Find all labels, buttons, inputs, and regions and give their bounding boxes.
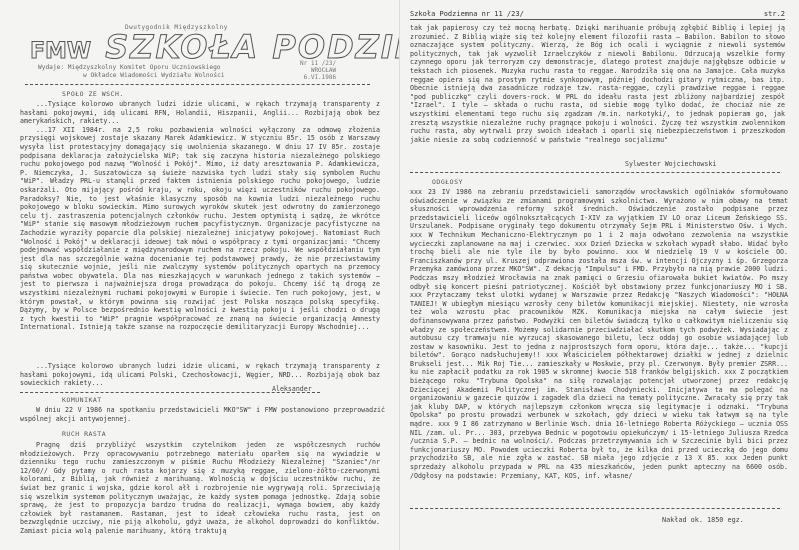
section-title-announcement: KOMUNIKAT: [62, 396, 102, 404]
section-title-peace: SPOŁO ZE WSCH.: [62, 90, 124, 98]
divider: [25, 84, 370, 85]
newsletter-page-2: Szkoła Podziemna nr 11 /23/ str.2 tak ja…: [400, 0, 799, 550]
page-number: str.2: [764, 10, 785, 18]
section-title-rasta: RUCH RASTA: [62, 430, 106, 438]
publisher-info: Wydaje: Międzyszkolny Komitet Oporu Uczn…: [38, 64, 308, 80]
paragraph: xxx 23 IV 1986 na zebraniu przedstawicie…: [410, 188, 788, 480]
masthead-name: SZKOŁA PODZIEMNA: [105, 28, 400, 66]
article-rasta: Pragnę dziś przybliżyć wszystkim czyteln…: [20, 441, 380, 543]
divider: [410, 508, 780, 509]
running-header: Szkoła Podziemna nr 11 /23/ str.2: [410, 10, 785, 20]
divider: [20, 392, 320, 393]
running-header-title: Szkoła Podziemna nr 11 /23/: [410, 10, 524, 18]
paragraph: W dniu 22 V 1986 na spotkaniu przedstawi…: [20, 406, 385, 423]
circulation-note: Nakład ok. 1850 egz.: [662, 516, 744, 524]
paragraph: Pragnę dziś przybliżyć wszystkim czyteln…: [20, 441, 380, 536]
paragraph: ...Tysiące kolorowo ubranych ludzi idzie…: [20, 362, 380, 388]
masthead-prefix: FMW: [30, 39, 91, 64]
article-peace-movement: ...Tysiące kolorowo ubranych ludzi idzie…: [20, 100, 380, 362]
publisher-line-2: w Okładce Wiadomości Wydziału Wolności: [38, 72, 308, 80]
newsletter-page-1: Dwutygodnik Międzyszkolny FMWSZKOŁA PODZ…: [0, 0, 400, 550]
paragraph: ...Tysiące kolorowo ubranych ludzi idzie…: [20, 100, 380, 126]
divider: [410, 172, 780, 173]
masthead-title: FMWSZKOŁA PODZIEMNA: [30, 28, 400, 66]
article-news: xxx 23 IV 1986 na zebraniu przedstawicie…: [410, 188, 788, 503]
publisher-line-1: Wydaje: Międzyszkolny Komitet Oporu Uczn…: [38, 64, 308, 72]
section-title-news: ODGŁOSY: [432, 178, 463, 186]
article-rasta-continued: tak jak papierosy czy też mocną herbatę.…: [410, 24, 785, 174]
article-announcement: W dniu 22 V 1986 na spotkaniu przedstawi…: [20, 406, 385, 426]
paragraph: tak jak papierosy czy też mocną herbatę.…: [410, 24, 785, 144]
author-signature: Sylwester Wojciechowski: [625, 160, 716, 168]
paragraph: ...17 XII 1984r. na 2,5 roku pozbawienia…: [20, 126, 380, 332]
article-peace-closing: ...Tysiące kolorowo ubranych ludzi idzie…: [20, 362, 380, 388]
